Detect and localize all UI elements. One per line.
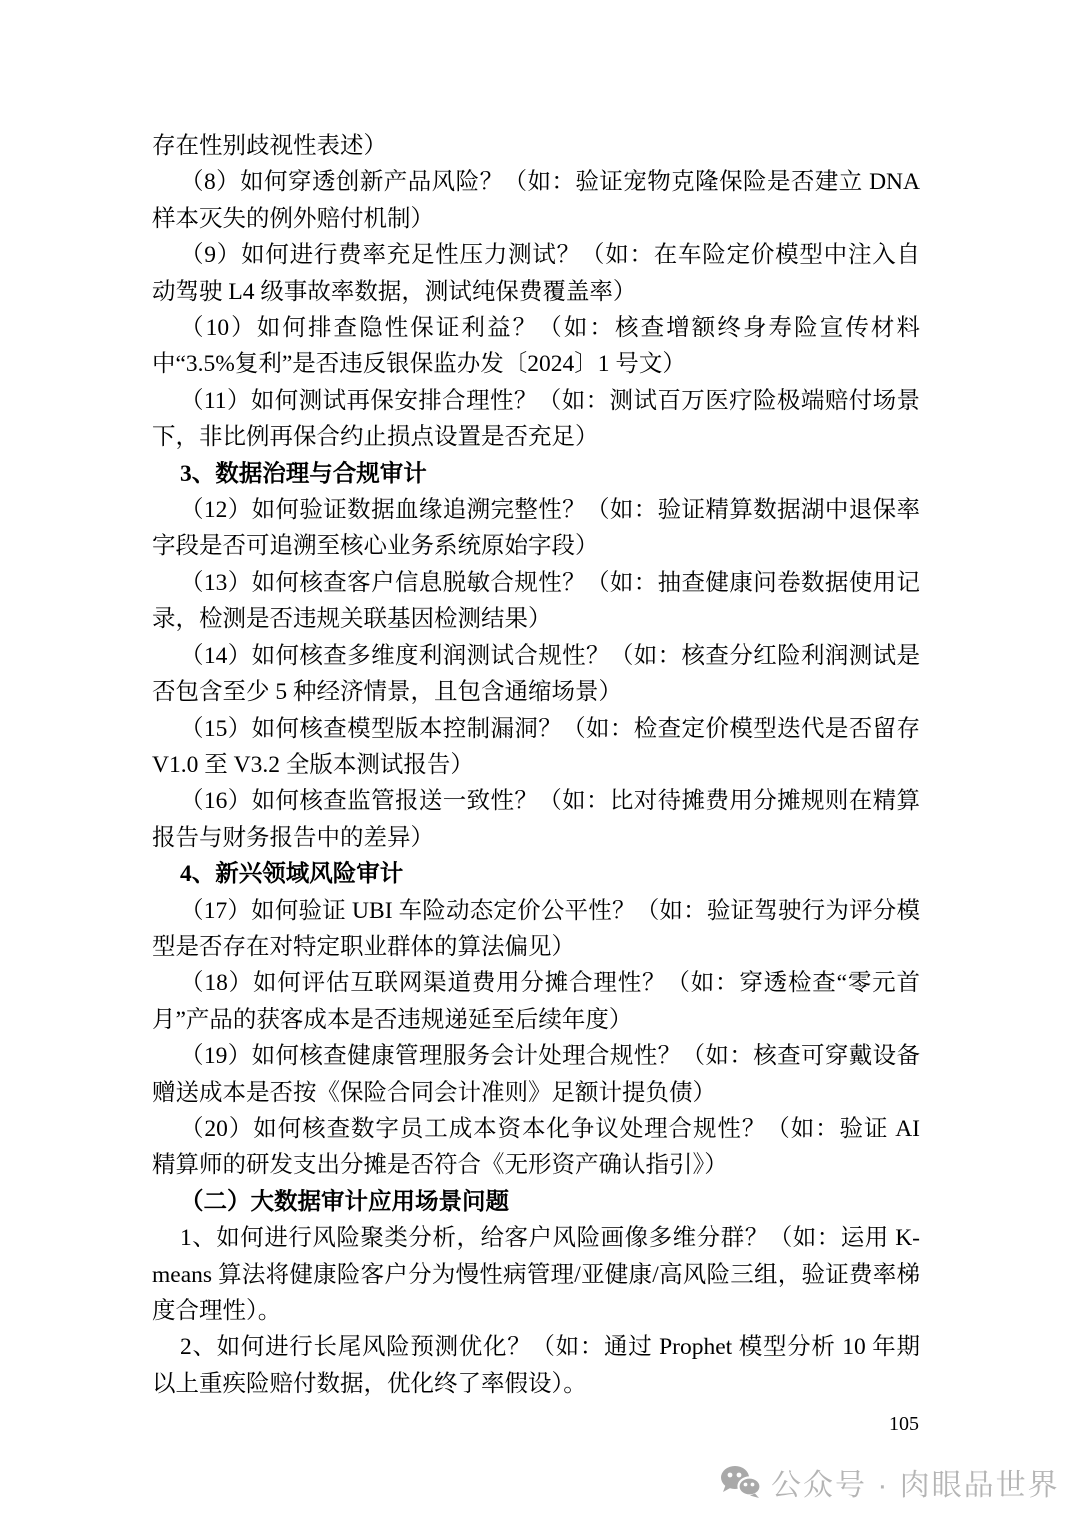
page-number: 105 bbox=[852, 1412, 956, 1436]
section-heading: 4、新兴领域风险审计 bbox=[152, 856, 920, 892]
paragraph: （11）如何测试再保安排合理性？（如：测试百万医疗险极端赔付场景下，非比例再保合… bbox=[152, 383, 920, 456]
paragraph: （9）如何进行费率充足性压力测试？（如：在车险定价模型中注入自动驾驶 L4 级事… bbox=[152, 237, 920, 310]
paragraph: （12）如何验证数据血缘追溯完整性？（如：验证精算数据湖中退保率字段是否可追溯至… bbox=[152, 492, 920, 565]
paragraph: （8）如何穿透创新产品风险？（如：验证宠物克隆保险是否建立 DNA 样本灭失的例… bbox=[152, 164, 920, 237]
paragraph: （18）如何评估互联网渠道费用分摊合理性？（如：穿透检查“零元首月”产品的获客成… bbox=[152, 965, 920, 1038]
paragraph: （16）如何核查监管报送一致性？（如：比对待摊费用分摊规则在精算报告与财务报告中… bbox=[152, 783, 920, 856]
paragraph: （15）如何核查模型版本控制漏洞？（如：检查定价模型迭代是否留存 V1.0 至 … bbox=[152, 711, 920, 784]
watermark-text: 公众号 · 肉眼品世界 bbox=[771, 1460, 1060, 1504]
paragraph: （19）如何核查健康管理服务会计处理合规性？（如：核查可穿戴设备赠送成本是否按《… bbox=[152, 1038, 920, 1111]
paragraph: 2、如何进行长尾风险预测优化？（如：通过 Prophet 模型分析 10 年期以… bbox=[152, 1329, 920, 1402]
paragraph: 存在性别歧视性表述） bbox=[152, 128, 920, 164]
wechat-icon bbox=[720, 1465, 762, 1499]
section-heading: （二）大数据审计应用场景问题 bbox=[152, 1184, 920, 1220]
paragraph: （10）如何排查隐性保证利益？（如：核查增额终身寿险宣传材料中“3.5%复利”是… bbox=[152, 310, 920, 383]
paragraph: 1、如何进行风险聚类分析，给客户风险画像多维分群？（如：运用 K-means 算… bbox=[152, 1220, 920, 1329]
paragraph: （13）如何核查客户信息脱敏合规性？（如：抽查健康问卷数据使用记录，检测是否违规… bbox=[152, 565, 920, 638]
document-page: 存在性别歧视性表述）（8）如何穿透创新产品风险？（如：验证宠物克隆保险是否建立 … bbox=[0, 0, 1080, 1527]
watermark: 公众号 · 肉眼品世界 bbox=[720, 1460, 1060, 1504]
section-heading: 3、数据治理与合规审计 bbox=[152, 456, 920, 492]
paragraph: （17）如何验证 UBI 车险动态定价公平性？（如：验证驾驶行为评分模型是否存在… bbox=[152, 893, 920, 966]
paragraph: （14）如何核查多维度利润测试合规性？（如：核查分红险利润测试是否包含至少 5 … bbox=[152, 638, 920, 711]
document-body: 存在性别歧视性表述）（8）如何穿透创新产品风险？（如：验证宠物克隆保险是否建立 … bbox=[152, 128, 920, 1402]
paragraph: （20）如何核查数字员工成本资本化争议处理合规性？（如：验证 AI 精算师的研发… bbox=[152, 1111, 920, 1184]
